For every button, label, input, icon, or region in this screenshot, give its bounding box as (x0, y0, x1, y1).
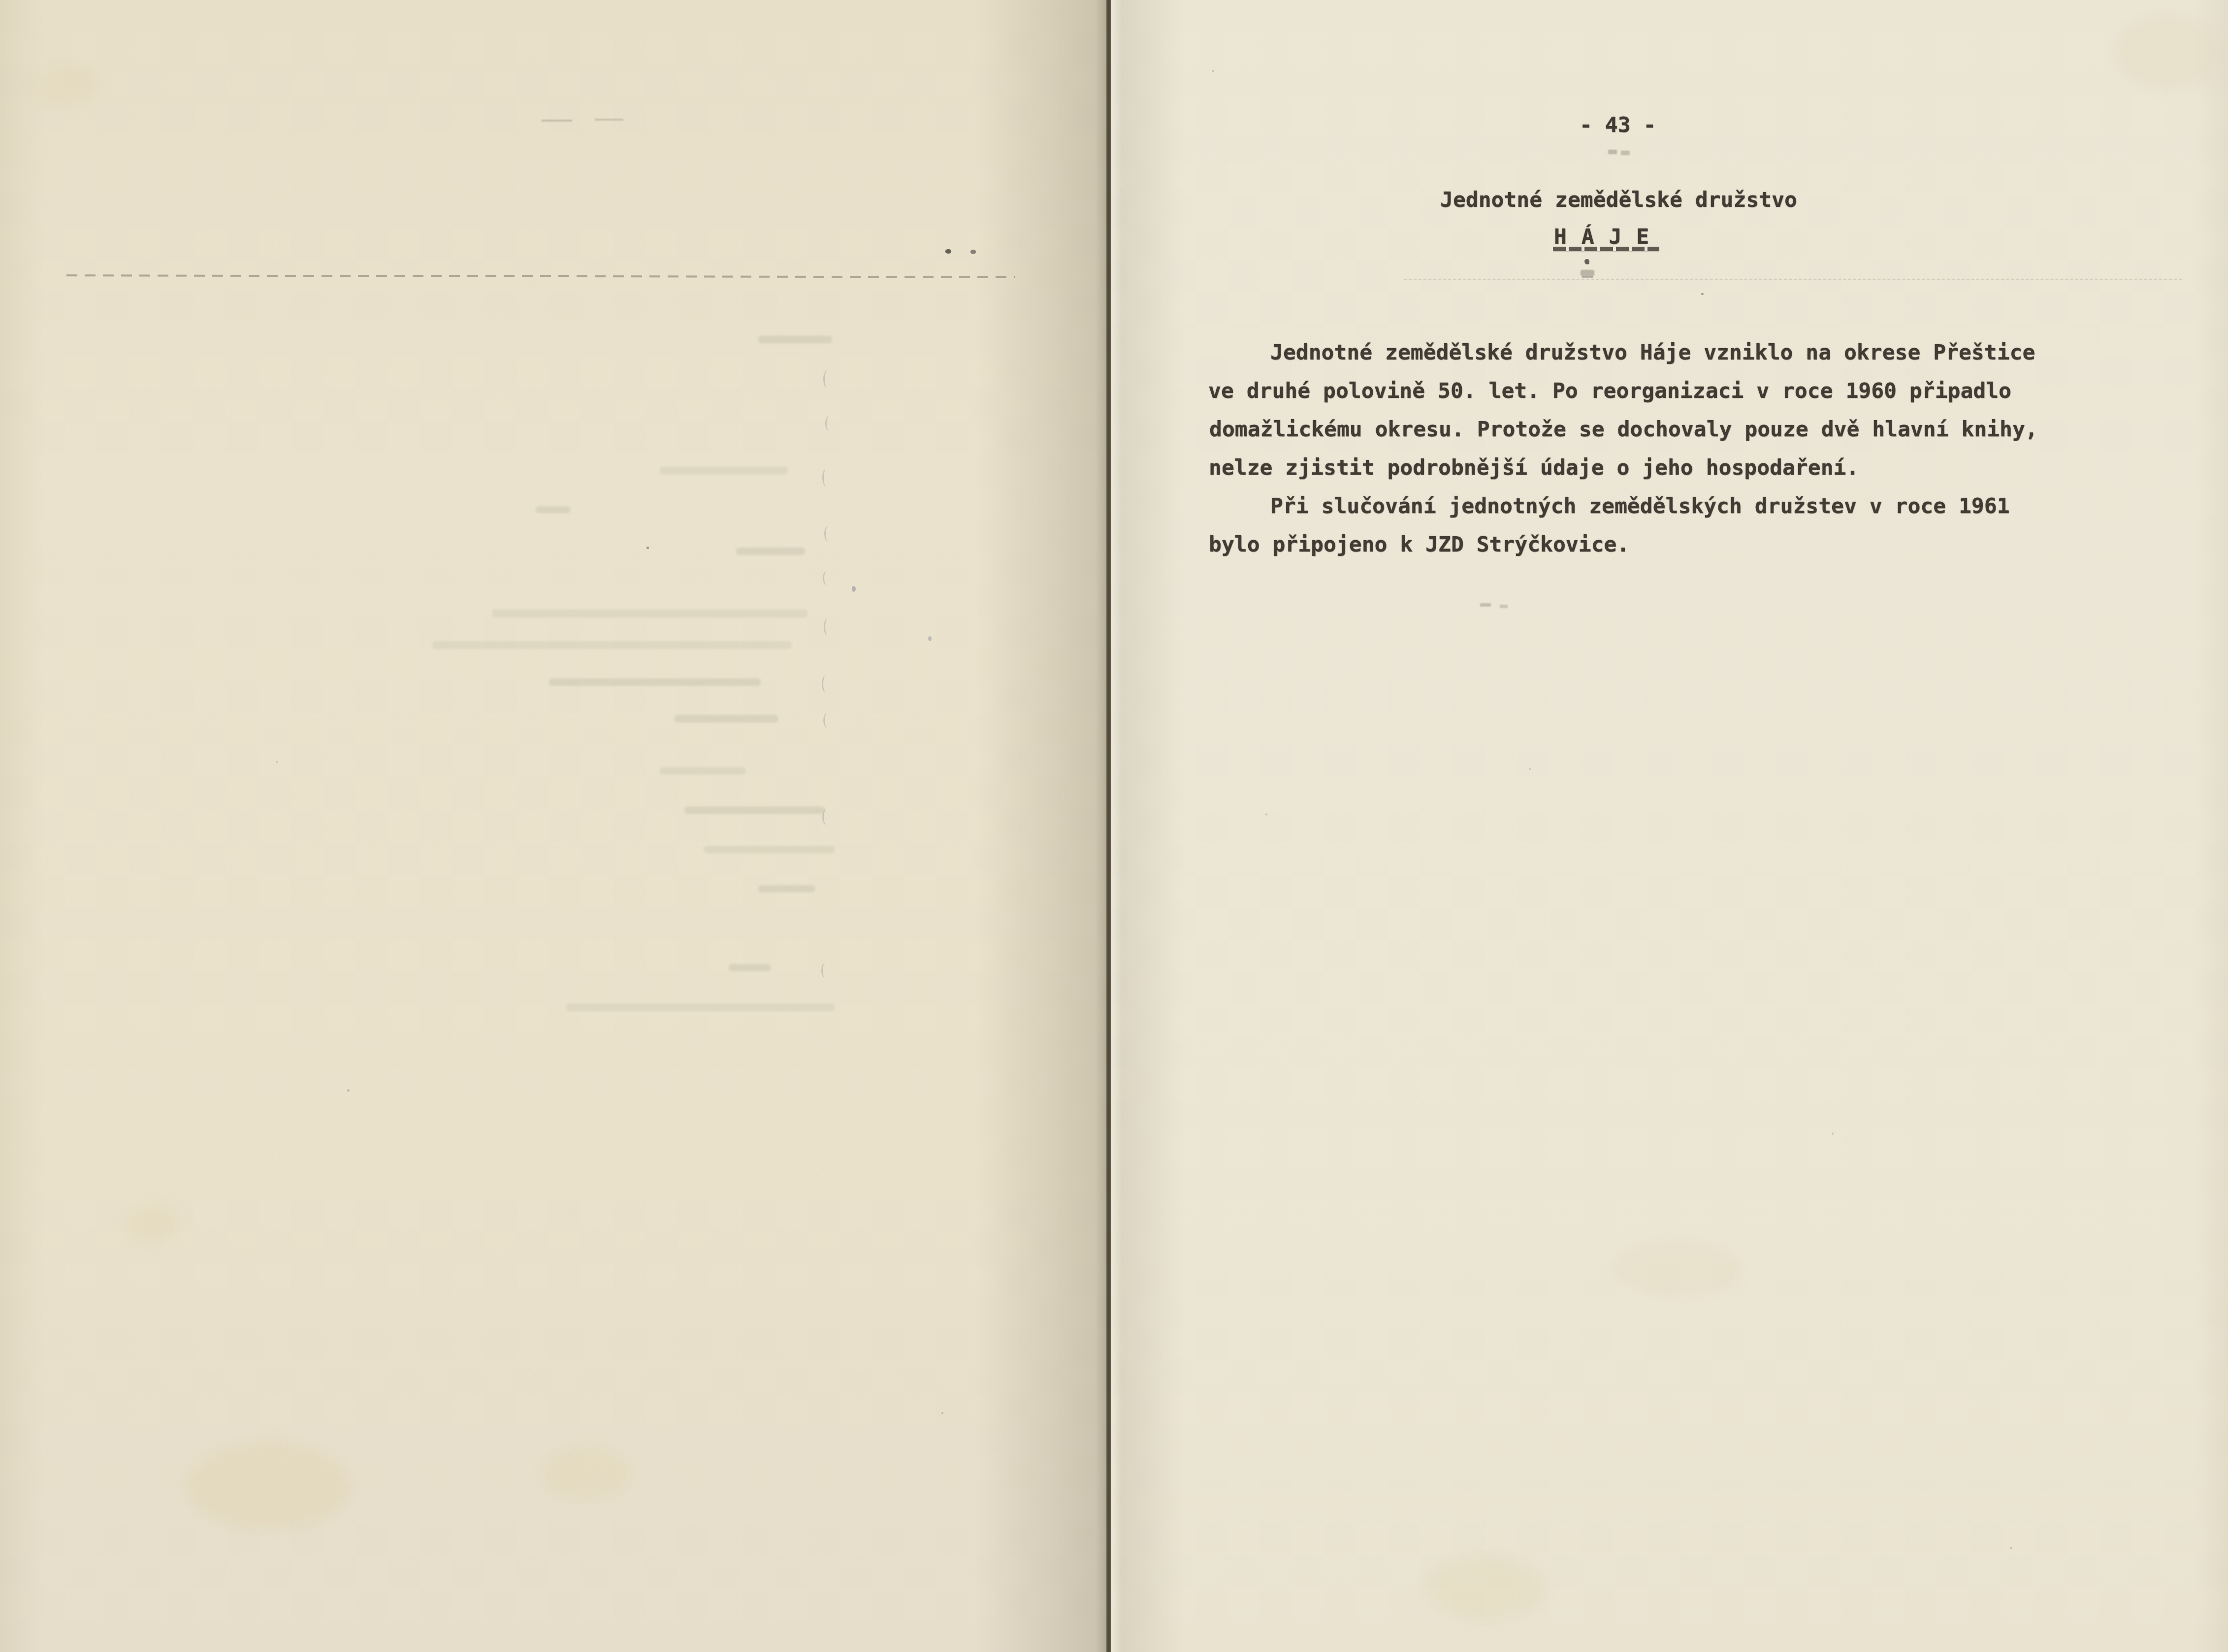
dust-speck (347, 1089, 350, 1092)
right-page: - 43 - Jednotné zemědělské družstvo H Á … (1111, 0, 2228, 1652)
book-spread-scan: - 43 - Jednotné zemědělské družstvo H Á … (0, 0, 2228, 1652)
bleed-through-paren (822, 469, 830, 486)
body-line: nelze zjistit podrobnější údaje o jeho h… (1209, 457, 1859, 479)
ink-smudge (1581, 270, 1594, 276)
dust-speck (2010, 1547, 2012, 1549)
bleed-through-mark (736, 548, 805, 555)
body-line: ve druhé polovině 50. let. Po reorganiza… (1208, 381, 2011, 402)
book-gutter (1106, 0, 1111, 1652)
bleed-through-paren (821, 963, 829, 978)
body-line: Při slučování jednotných zemědělských dr… (1270, 496, 2010, 517)
bleed-through-mark (660, 467, 788, 474)
pencil-dashed-line (66, 274, 1015, 278)
paper-stain (542, 1448, 630, 1499)
bleed-through-paren (823, 370, 831, 388)
bleed-through-mark (1608, 150, 1617, 154)
paper-crease-line (1404, 279, 2182, 280)
bleed-through-mark (675, 715, 778, 722)
dust-speck (1529, 768, 1531, 770)
ink-dot (970, 250, 976, 254)
body-line: Jednotné zemědělské družstvo Háje vznikl… (1270, 342, 2035, 363)
ink-speck (852, 586, 856, 592)
bleed-through-mark (1500, 605, 1508, 608)
bleed-through-paren (823, 713, 831, 728)
ink-smudge (1582, 276, 1593, 278)
paper-stain (1426, 1556, 1544, 1620)
left-page (0, 0, 1106, 1652)
dust-speck (1265, 813, 1267, 815)
bleed-through-mark (704, 846, 835, 853)
paper-stain (1613, 1241, 1741, 1295)
bleed-through-paren (822, 809, 830, 825)
ink-dot (1584, 259, 1589, 264)
bleed-through-mark (758, 336, 832, 343)
page-number: - 43 - (1580, 115, 1656, 136)
bleed-through-mark (758, 885, 815, 892)
body-line: domažlickému okresu. Protože se dochoval… (1209, 419, 2038, 440)
bleed-through-paren (823, 571, 831, 585)
paper-stain (34, 64, 98, 106)
bleed-through-paren (824, 526, 832, 542)
ink-speck (928, 636, 932, 641)
bleed-through-mark (542, 120, 572, 122)
paper-stain (128, 1206, 177, 1241)
bleed-through-mark (595, 119, 623, 121)
paper-stain (2115, 15, 2219, 89)
bleed-through-paren (825, 416, 833, 431)
body-line: bylo připojeno k JZD Strýčkovice. (1209, 534, 1629, 555)
bleed-through-mark (492, 610, 807, 617)
bleed-through-mark (660, 767, 746, 775)
bleed-through-mark (684, 807, 825, 814)
bleed-through-mark (432, 641, 792, 649)
dust-speck (1212, 70, 1214, 72)
bleed-through-paren (824, 618, 832, 636)
bleed-through-mark (1621, 151, 1630, 155)
bleed-through-mark (729, 964, 771, 971)
bleed-through-mark (536, 506, 570, 513)
heading-village-name: H Á J E (1554, 227, 1650, 248)
dust-speck (1832, 1133, 1834, 1135)
heading-underline (1553, 247, 1659, 251)
bleed-through-paren (822, 676, 830, 692)
dust-speck (276, 761, 278, 763)
dust-speck (1701, 293, 1704, 295)
bleed-through-mark (1480, 603, 1491, 607)
dust-speck (941, 1412, 943, 1414)
ink-dot (945, 249, 951, 254)
bleed-through-mark (549, 679, 761, 686)
heading-organization: Jednotné zemědělské družstvo (1440, 190, 1797, 211)
paper-stain (187, 1443, 350, 1529)
bleed-through-mark (566, 1004, 835, 1011)
dust-speck (646, 547, 649, 549)
